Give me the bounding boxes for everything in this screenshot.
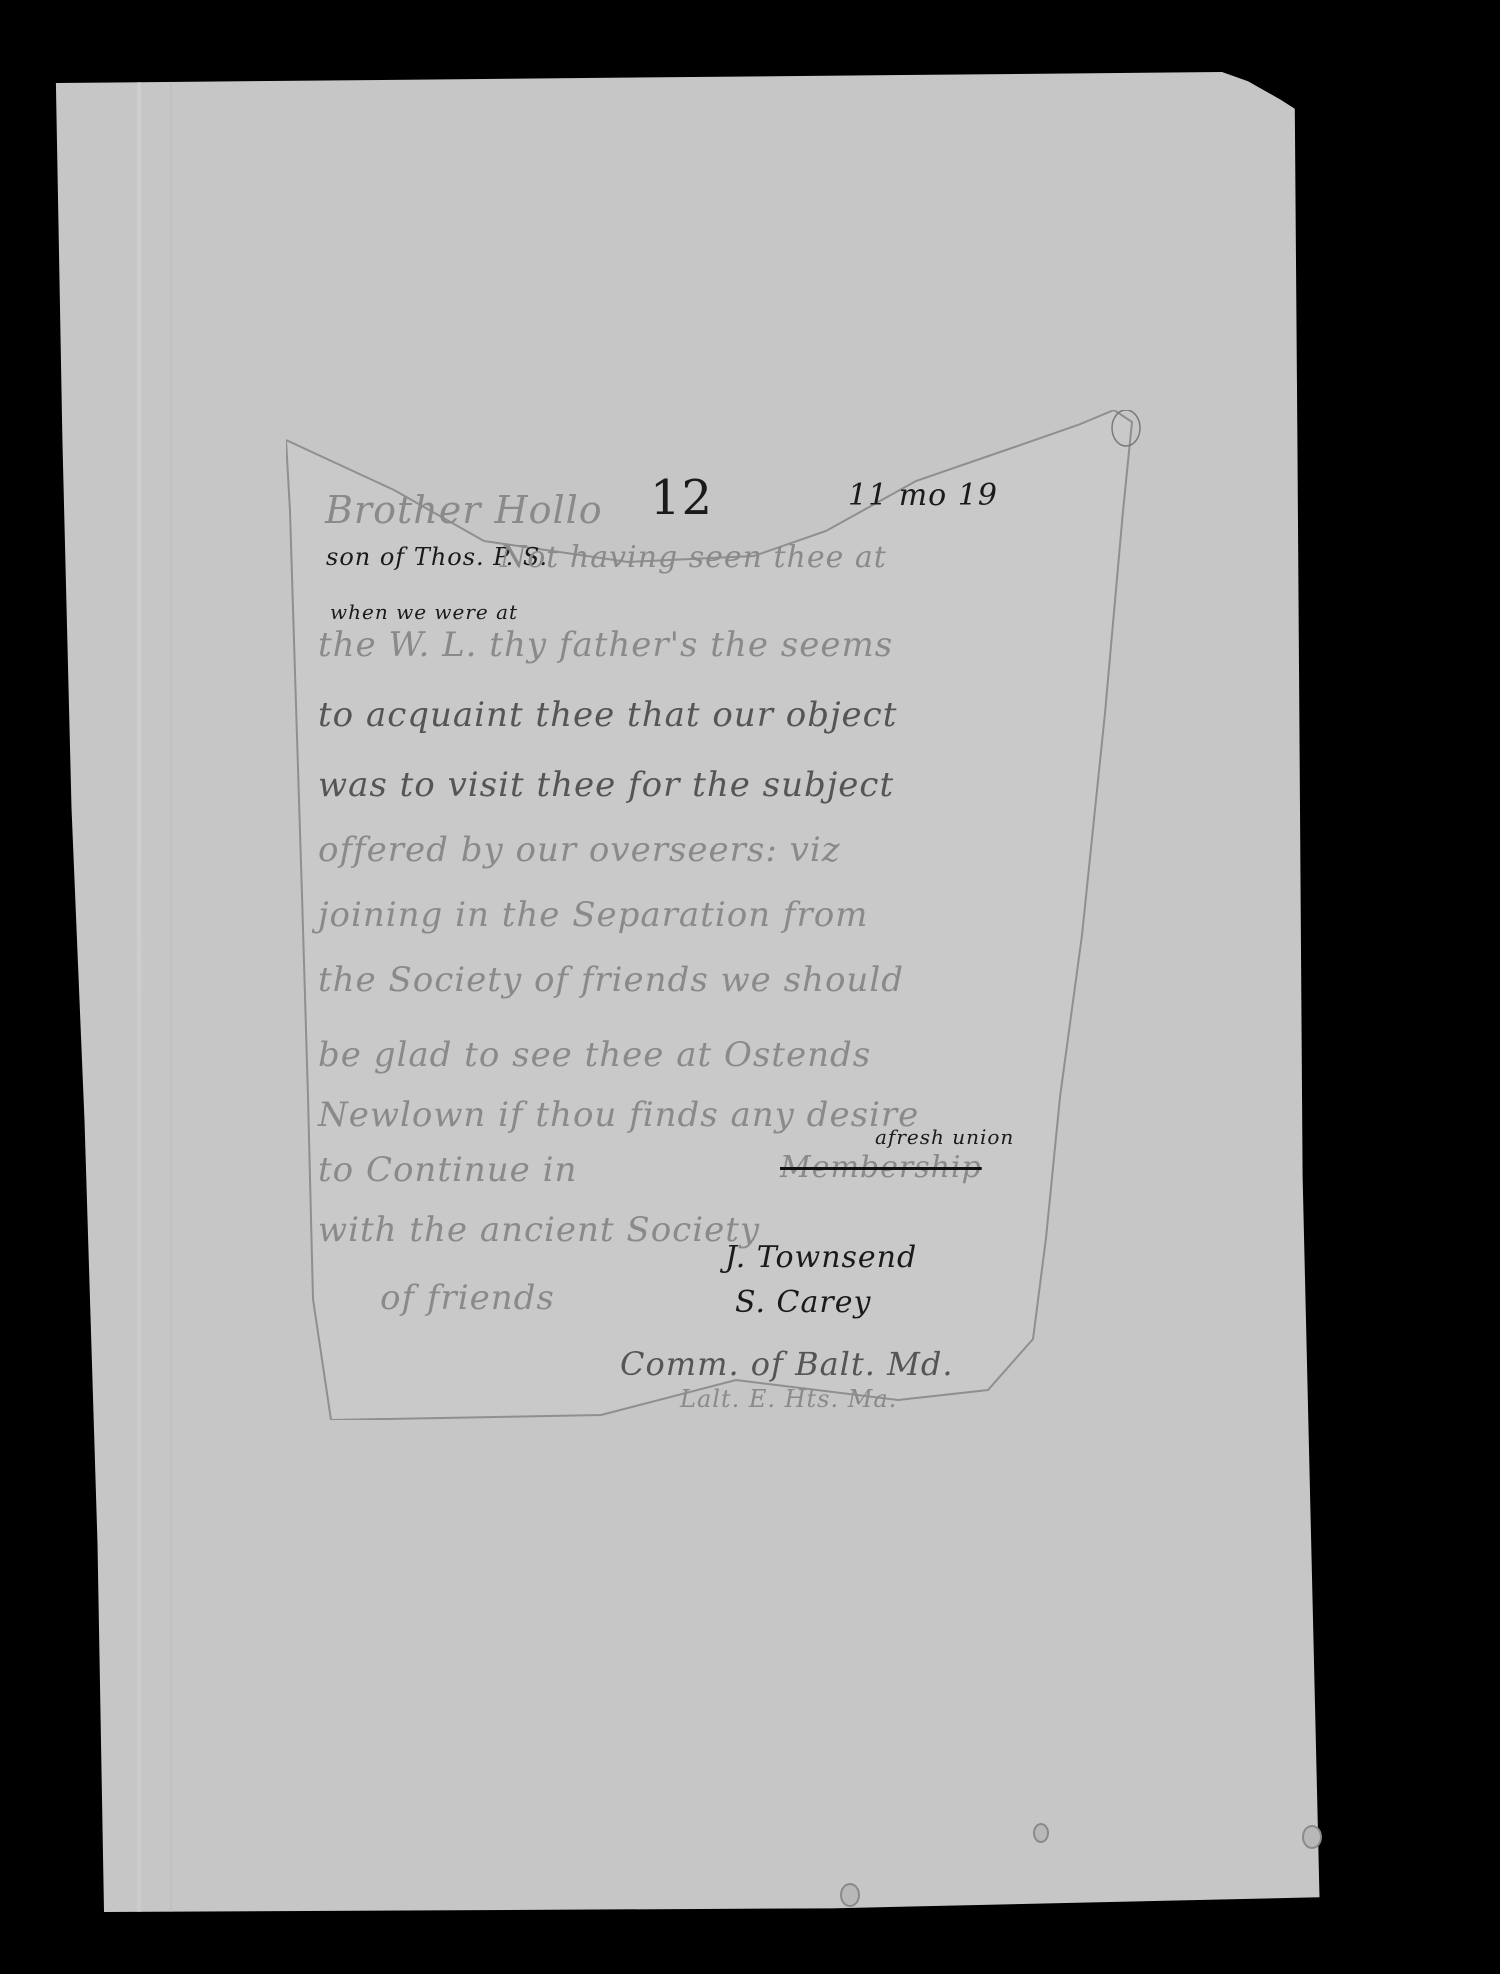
body-line-9: be glad to see thee at Ostends <box>318 1035 871 1075</box>
body-line-11: to Continue in <box>318 1150 577 1190</box>
interlinear-insertion: afresh union <box>875 1125 1014 1149</box>
interlinear-note: when we were at <box>330 600 518 624</box>
signature-townsend: J. Townsend <box>725 1240 917 1275</box>
signature-carey: S. Carey <box>735 1285 871 1320</box>
stain-spot <box>1302 1825 1322 1849</box>
closing-committee: Comm. of Balt. Md. <box>620 1345 954 1383</box>
closing-location: Lalt. E. Hts. Ma. <box>680 1385 897 1413</box>
letter-date: 11 mo 19 <box>848 478 998 513</box>
body-line-1: Not having seen thee at <box>500 540 887 575</box>
body-line-8: the Society of friends we should <box>318 960 904 1000</box>
page-number: 12 <box>650 470 713 526</box>
body-line-12: with the ancient Society <box>318 1210 760 1250</box>
body-line-10: Newlown if thou finds any desire <box>318 1095 919 1135</box>
stain-spot <box>1033 1823 1049 1843</box>
body-line-4: to acquaint thee that our object <box>318 695 897 735</box>
body-line-5: was to visit thee for the subject <box>318 765 894 805</box>
body-line-3: the W. L. thy father's the seems <box>318 625 893 665</box>
body-line-13: of friends <box>380 1278 555 1318</box>
stain-spot <box>840 1883 860 1907</box>
struck-through-word: Membership <box>780 1150 982 1185</box>
addressee: Brother Hollo <box>325 488 603 532</box>
body-line-6: offered by our overseers: viz <box>318 830 841 870</box>
body-line-7: joining in the Separation from <box>318 895 868 935</box>
